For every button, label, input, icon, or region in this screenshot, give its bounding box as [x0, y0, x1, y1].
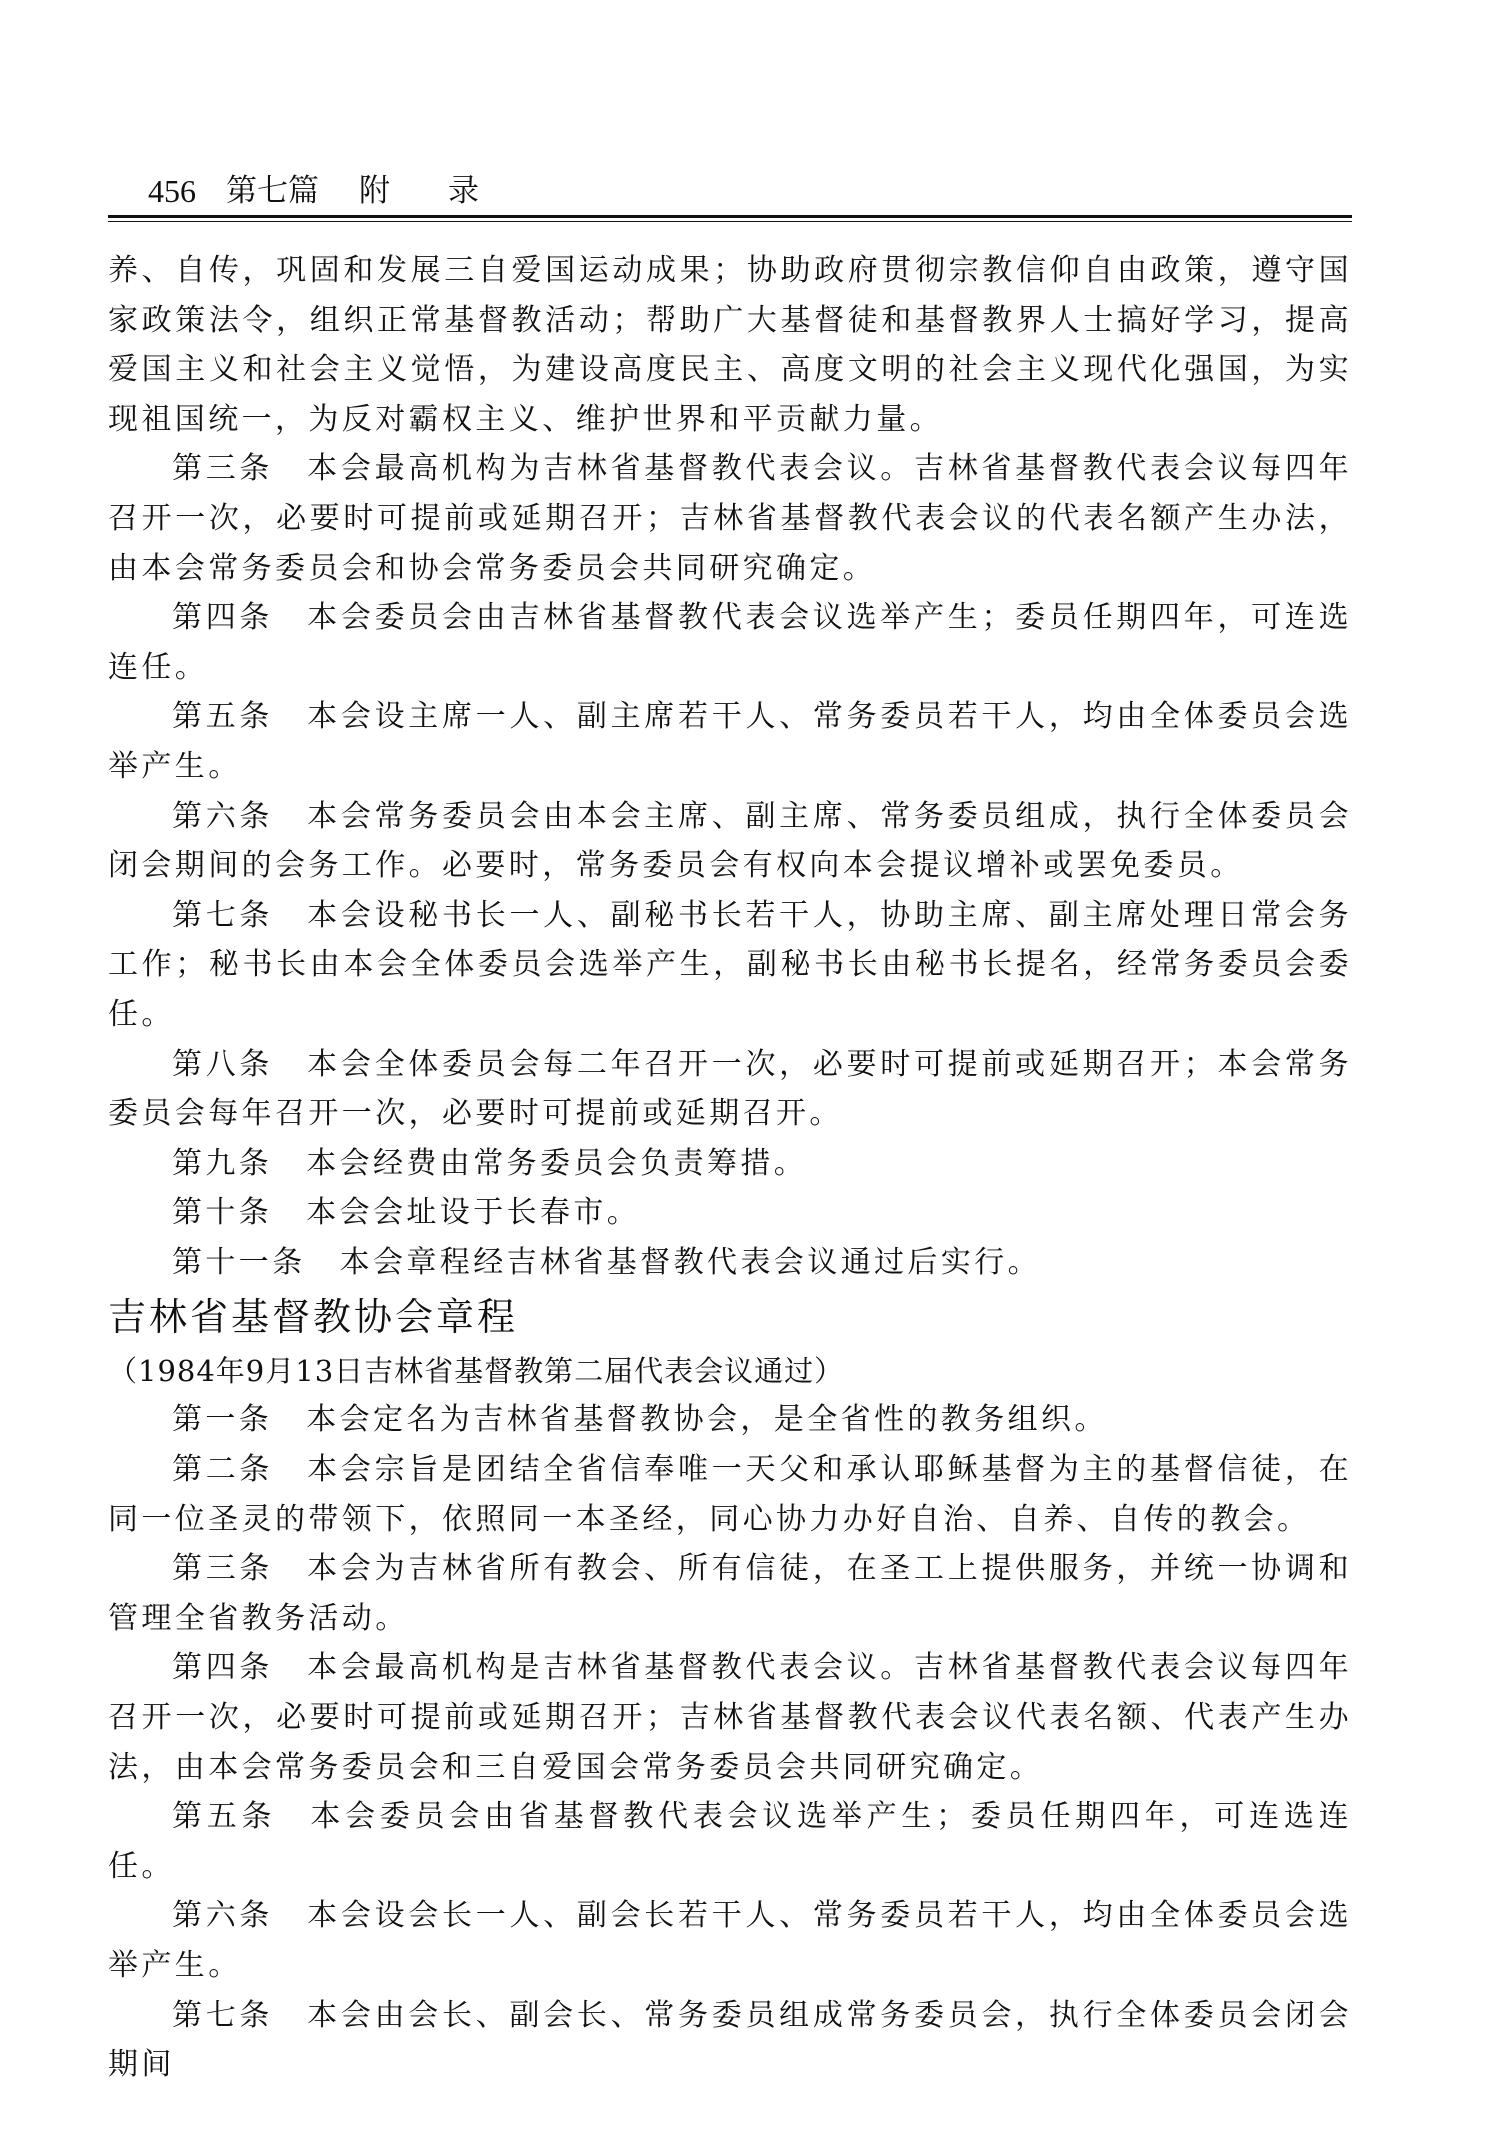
article-text: 本会为吉林省所有教会、所有信徒，在圣工上提供服务，并统一协调和管理全省教务活动。: [108, 1551, 1352, 1636]
article-number: 第五条: [172, 699, 273, 734]
article: 第六条本会常务委员会由本会主席、副主席、常务委员组成，执行全体委员会闭会期间的会…: [108, 792, 1352, 891]
running-head: 456 第七篇 附 录: [148, 160, 479, 210]
article: 第八条本会全体委员会每二年召开一次，必要时可提前或延期召开；本会常务委员会每年召…: [108, 1040, 1352, 1139]
article-text: 本会会址设于长春市。: [306, 1195, 640, 1230]
section-label-second-char: 录: [448, 165, 479, 210]
article-text: 本会设主席一人、副主席若干人、常务委员若干人，均由全体委员会选举产生。: [108, 699, 1352, 784]
article-text: 本会由会长、副会长、常务委员组成常务委员会，执行全体委员会闭会期间: [108, 1998, 1352, 2083]
page-number: 456: [148, 173, 196, 210]
part-label: 第七篇: [226, 165, 319, 210]
article-text: 本会最高机构为吉林省基督教代表会议。吉林省基督教代表会议每四年召开一次，必要时可…: [108, 451, 1352, 585]
article-number: 第七条: [172, 1998, 273, 2033]
article: 第五条本会委员会由省基督教代表会议选举产生；委员任期四年，可连选连任。: [108, 1792, 1352, 1891]
article: 第四条本会最高机构是吉林省基督教代表会议。吉林省基督教代表会议每四年召开一次，必…: [108, 1643, 1352, 1792]
article-number: 第九条: [172, 1146, 272, 1181]
article: 第十条本会会址设于长春市。: [108, 1188, 1352, 1238]
article-text: 本会设会长一人、副会长若干人、常务委员若干人，均由全体委员会选举产生。: [108, 1898, 1352, 1983]
section-title: 吉林省基督教协会章程: [108, 1287, 1352, 1347]
article: 第七条本会由会长、副会长、常务委员组成常务委员会，执行全体委员会闭会期间: [108, 1991, 1352, 2090]
article-number: 第六条: [172, 799, 273, 834]
article: 第九条本会经费由常务委员会负责筹措。: [108, 1139, 1352, 1189]
article-text: 本会经费由常务委员会负责筹措。: [306, 1146, 807, 1181]
article-text: 本会章程经吉林省基督教代表会议通过后实行。: [340, 1245, 1041, 1280]
article-text: 本会宗旨是团结全省信奉唯一天父和承认耶稣基督为主的基督信徒，在同一位圣灵的带领下…: [108, 1452, 1352, 1537]
article-text: 本会委员会由省基督教代表会议选举产生；委员任期四年，可连选连任。: [108, 1799, 1352, 1884]
article: 第十一条本会章程经吉林省基督教代表会议通过后实行。: [108, 1238, 1352, 1288]
article-text: 本会全体委员会每二年召开一次，必要时可提前或延期召开；本会常务委员会每年召开一次…: [108, 1047, 1352, 1132]
article-number: 第十条: [172, 1195, 272, 1230]
article: 第七条本会设秘书长一人、副秘书长若干人，协助主席、副主席处理日常会务工作；秘书长…: [108, 891, 1352, 1040]
article: 第一条本会定名为吉林省基督教协会，是全省性的教务组织。: [108, 1395, 1352, 1445]
article: 第三条本会最高机构为吉林省基督教代表会议。吉林省基督教代表会议每四年召开一次，必…: [108, 444, 1352, 593]
article-text: 本会设秘书长一人、副秘书长若干人，协助主席、副主席处理日常会务工作；秘书长由本会…: [108, 898, 1352, 1032]
article: 第六条本会设会长一人、副会长若干人、常务委员若干人，均由全体委员会选举产生。: [108, 1891, 1352, 1990]
article-text: 本会最高机构是吉林省基督教代表会议。吉林省基督教代表会议每四年召开一次，必要时可…: [108, 1650, 1352, 1784]
article: 第三条本会为吉林省所有教会、所有信徒，在圣工上提供服务，并统一协调和管理全省教务…: [108, 1544, 1352, 1643]
header-rule-thick: [108, 215, 1352, 218]
article-number: 第五条: [172, 1799, 276, 1834]
article-number: 第四条: [172, 600, 273, 635]
article-number: 第六条: [172, 1898, 273, 1933]
article-number: 第二条: [172, 1452, 273, 1487]
section-label-first-char: 附: [359, 165, 390, 210]
article-text: 本会常务委员会由本会主席、副主席、常务委员组成，执行全体委员会闭会期间的会务工作…: [108, 799, 1352, 884]
body-text: 养、自传，巩固和发展三自爱国运动成果；协助政府贯彻宗教信仰自由政策，遵守国家政策…: [108, 246, 1352, 2090]
article-text: 本会委员会由吉林省基督教代表会议选举产生；委员任期四年，可连选连任。: [108, 600, 1352, 685]
article: 第五条本会设主席一人、副主席若干人、常务委员若干人，均由全体委员会选举产生。: [108, 692, 1352, 791]
continued-paragraph: 养、自传，巩固和发展三自爱国运动成果；协助政府贯彻宗教信仰自由政策，遵守国家政策…: [108, 246, 1352, 444]
article-number: 第八条: [172, 1047, 273, 1082]
article-text: 本会定名为吉林省基督教协会，是全省性的教务组织。: [306, 1402, 1108, 1437]
header-rule-thin: [108, 221, 1352, 222]
article-number: 第一条: [172, 1402, 272, 1437]
article-number: 第四条: [172, 1650, 273, 1685]
section-subtitle: （1984年9月13日吉林省基督教第二届代表会议通过）: [108, 1347, 1352, 1395]
article-number: 第三条: [172, 1551, 273, 1586]
article-number: 第三条: [172, 451, 273, 486]
article-number: 第七条: [172, 898, 273, 933]
article: 第四条本会委员会由吉林省基督教代表会议选举产生；委员任期四年，可连选连任。: [108, 593, 1352, 692]
article-number: 第十一条: [172, 1245, 306, 1280]
article: 第二条本会宗旨是团结全省信奉唯一天父和承认耶稣基督为主的基督信徒，在同一位圣灵的…: [108, 1445, 1352, 1544]
